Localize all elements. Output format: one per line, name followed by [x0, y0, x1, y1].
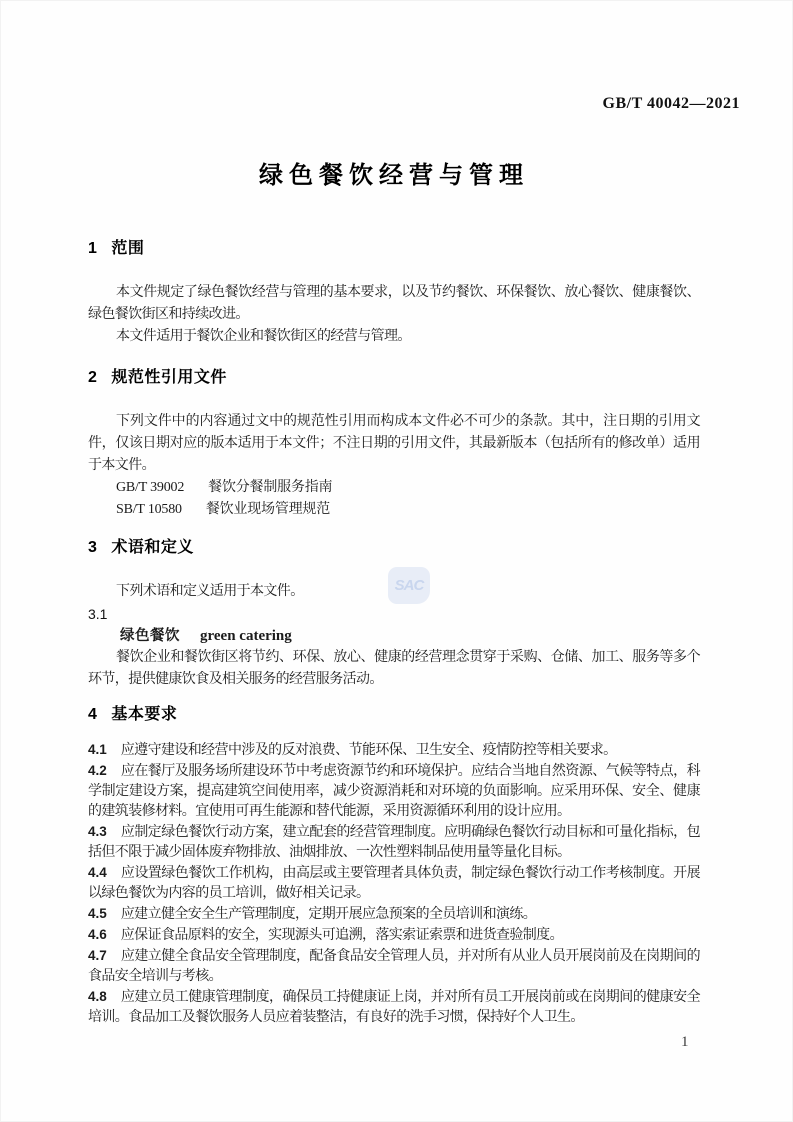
- clause-text: 应遵守建设和经营中涉及的反对浪费、节能环保、卫生安全、疫情防控等相关要求。: [121, 743, 617, 758]
- document-content: 绿色餐饮经营与管理 1范围 本文件规定了绿色餐饮经营与管理的基本要求，以及节约餐…: [88, 0, 700, 1028]
- clause: 4.4应设置绿色餐饮工作机构，由高层或主要管理者具体负责，制定绿色餐饮行动工作考…: [88, 863, 700, 904]
- section-basic-requirements: 4基本要求 4.1应遵守建设和经营中涉及的反对浪费、节能环保、卫生安全、疫情防控…: [88, 704, 700, 1028]
- section-title: 规范性引用文件: [111, 369, 227, 386]
- clause-number: 4.8: [88, 989, 107, 1004]
- document-title: 绿色餐饮经营与管理: [88, 161, 700, 191]
- clause: 4.8应建立员工健康管理制度，确保员工持健康证上岗，并对所有员工开展岗前或在岗期…: [88, 987, 700, 1028]
- clause-text: 应建立健全安全生产管理制度，定期开展应急预案的全员培训和演练。: [121, 907, 536, 922]
- reference-title: 餐饮业现场管理规范: [206, 502, 330, 517]
- terms-intro: 下列术语和定义适用于本文件。: [88, 581, 700, 603]
- section-normative-references: 2规范性引用文件 下列文件中的内容通过文中的规范性引用而构成本文件必不可少的条款…: [88, 367, 700, 521]
- clause-number: 4.2: [88, 763, 107, 778]
- section-1-heading: 1范围: [88, 238, 700, 260]
- section-number: 4: [88, 706, 97, 723]
- section-4-heading: 4基本要求: [88, 704, 700, 726]
- term-definition: 餐饮企业和餐饮街区将节约、环保、放心、健康的经营理念贯穿于采购、仓储、加工、服务…: [88, 647, 700, 691]
- term-english: green catering: [200, 628, 292, 644]
- reference-title: 餐饮分餐制服务指南: [208, 480, 332, 495]
- clause: 4.2应在餐厅及服务场所建设环节中考虑资源节约和环境保护。应结合当地自然资源、气…: [88, 761, 700, 822]
- term-number: 3.1: [88, 603, 700, 625]
- term-chinese: 绿色餐饮: [120, 628, 180, 644]
- clause-text: 应建立健全食品安全管理制度，配备食品安全管理人员，并对所有从业人员开展岗前及在岗…: [88, 949, 700, 984]
- section-title: 基本要求: [111, 706, 177, 723]
- clause-text: 应保证食品原料的安全，实现源头可追溯，落实索证索票和进货查验制度。: [121, 928, 563, 943]
- section-number: 2: [88, 369, 97, 386]
- term-entry: 绿色餐饮green catering: [88, 625, 700, 647]
- clause: 4.3应制定绿色餐饮行动方案，建立配套的经营管理制度。应明确绿色餐饮行动目标和可…: [88, 822, 700, 863]
- reference-code: GB/T 39002: [116, 480, 184, 495]
- clause: 4.1应遵守建设和经营中涉及的反对浪费、节能环保、卫生安全、疫情防控等相关要求。: [88, 740, 700, 761]
- clause: 4.5应建立健全安全生产管理制度，定期开展应急预案的全员培训和演练。: [88, 904, 700, 925]
- section-terms-definitions: 3术语和定义 下列术语和定义适用于本文件。 3.1 绿色餐饮green cate…: [88, 537, 700, 691]
- clause-number: 4.6: [88, 927, 107, 942]
- clause-text: 应在餐厅及服务场所建设环节中考虑资源节约和环境保护。应结合当地自然资源、气候等特…: [88, 764, 700, 819]
- clause: 4.6应保证食品原料的安全，实现源头可追溯，落实索证索票和进货查验制度。: [88, 925, 700, 946]
- paragraph: 本文件规定了绿色餐饮经营与管理的基本要求，以及节约餐饮、环保餐饮、放心餐饮、健康…: [88, 282, 700, 326]
- clause-text: 应设置绿色餐饮工作机构，由高层或主要管理者具体负责，制定绿色餐饮行动工作考核制度…: [88, 866, 700, 901]
- paragraph: 本文件适用于餐饮企业和餐饮街区的经营与管理。: [88, 326, 700, 348]
- reference-item: GB/T 39002餐饮分餐制服务指南: [88, 477, 700, 499]
- paragraph: 下列文件中的内容通过文中的规范性引用而构成本文件必不可少的条款。其中，注日期的引…: [88, 411, 700, 477]
- clause-list: 4.1应遵守建设和经营中涉及的反对浪费、节能环保、卫生安全、疫情防控等相关要求。…: [88, 740, 700, 1028]
- clause-number: 4.3: [88, 824, 107, 839]
- clause-text: 应制定绿色餐饮行动方案，建立配套的经营管理制度。应明确绿色餐饮行动目标和可量化指…: [88, 825, 700, 860]
- clause-number: 4.4: [88, 865, 107, 880]
- reference-code: SB/T 10580: [116, 502, 182, 517]
- clause-number: 4.5: [88, 906, 107, 921]
- clause-text: 应建立员工健康管理制度，确保员工持健康证上岗，并对所有员工开展岗前或在岗期间的健…: [88, 990, 700, 1025]
- section-title: 范围: [111, 240, 144, 257]
- clause-number: 4.1: [88, 742, 107, 757]
- clause: 4.7应建立健全食品安全管理制度，配备食品安全管理人员，并对所有从业人员开展岗前…: [88, 946, 700, 987]
- section-scope: 1范围 本文件规定了绿色餐饮经营与管理的基本要求，以及节约餐饮、环保餐饮、放心餐…: [88, 238, 700, 348]
- clause-number: 4.7: [88, 948, 107, 963]
- document-page: GB/T 40042—2021 绿色餐饮经营与管理 1范围 本文件规定了绿色餐饮…: [0, 0, 793, 1122]
- section-2-heading: 2规范性引用文件: [88, 367, 700, 389]
- section-3-heading: 3术语和定义: [88, 537, 700, 559]
- section-title: 术语和定义: [111, 539, 194, 556]
- section-number: 1: [88, 240, 97, 257]
- section-number: 3: [88, 539, 97, 556]
- page-number: 1: [681, 1034, 689, 1051]
- reference-item: SB/T 10580餐饮业现场管理规范: [88, 499, 700, 521]
